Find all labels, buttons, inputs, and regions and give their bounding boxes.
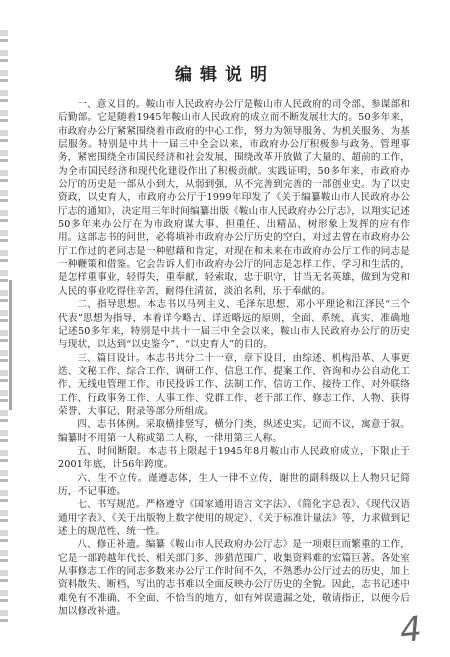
paragraph-biographies: 六、生不立传。谨遵志体，生人一律不立传，谢世的副科级以上人物只记简历，不记事迹。: [58, 472, 410, 499]
paragraph-writing-standards: 七、书写规范。严格遵守《国家通用语言文字法》、《简化字总表》、《现代汉语通用字表…: [58, 498, 410, 538]
page-title: 编辑说明: [0, 60, 450, 85]
paragraph-time-span: 五、时间断限。本志书上限起于1945年8月鞍山市人民政府成立，下限止于2001年…: [58, 445, 410, 472]
page-body: 一、意义目的。鞍山市人民政府办公厅是鞍山市人民政府的司令部、参谋部和后勤部。它是…: [58, 98, 410, 618]
page-binding-edge: [0, 30, 8, 630]
paragraph-corrections: 八、修正补遗。编纂《鞍山市人民政府办公厅志》是一项艰巨而繁重的工作，它是一部跨越…: [58, 538, 410, 618]
page-binding-shadow: [9, 280, 12, 410]
paragraph-purpose: 一、意义目的。鞍山市人民政府办公厅是鞍山市人民政府的司令部、参谋部和后勤部。它是…: [58, 98, 410, 298]
paragraph-guiding-ideology: 二、指导思想。本志书以马列主义、毛泽东思想、邓小平理论和江泽民“三个代表”思想为…: [58, 298, 410, 351]
paragraph-style: 四、志书体例。采取横排竖写，横分门类，纵述史实。记而不议，寓意于叙。编纂时不用第…: [58, 418, 410, 445]
paragraph-chapter-design: 三、篇目设计。本志书共分二十一章，章下设目，由综述、机构沿革、人事更迭、文秘工作…: [58, 352, 410, 419]
handwritten-page-number: 4: [398, 609, 424, 651]
